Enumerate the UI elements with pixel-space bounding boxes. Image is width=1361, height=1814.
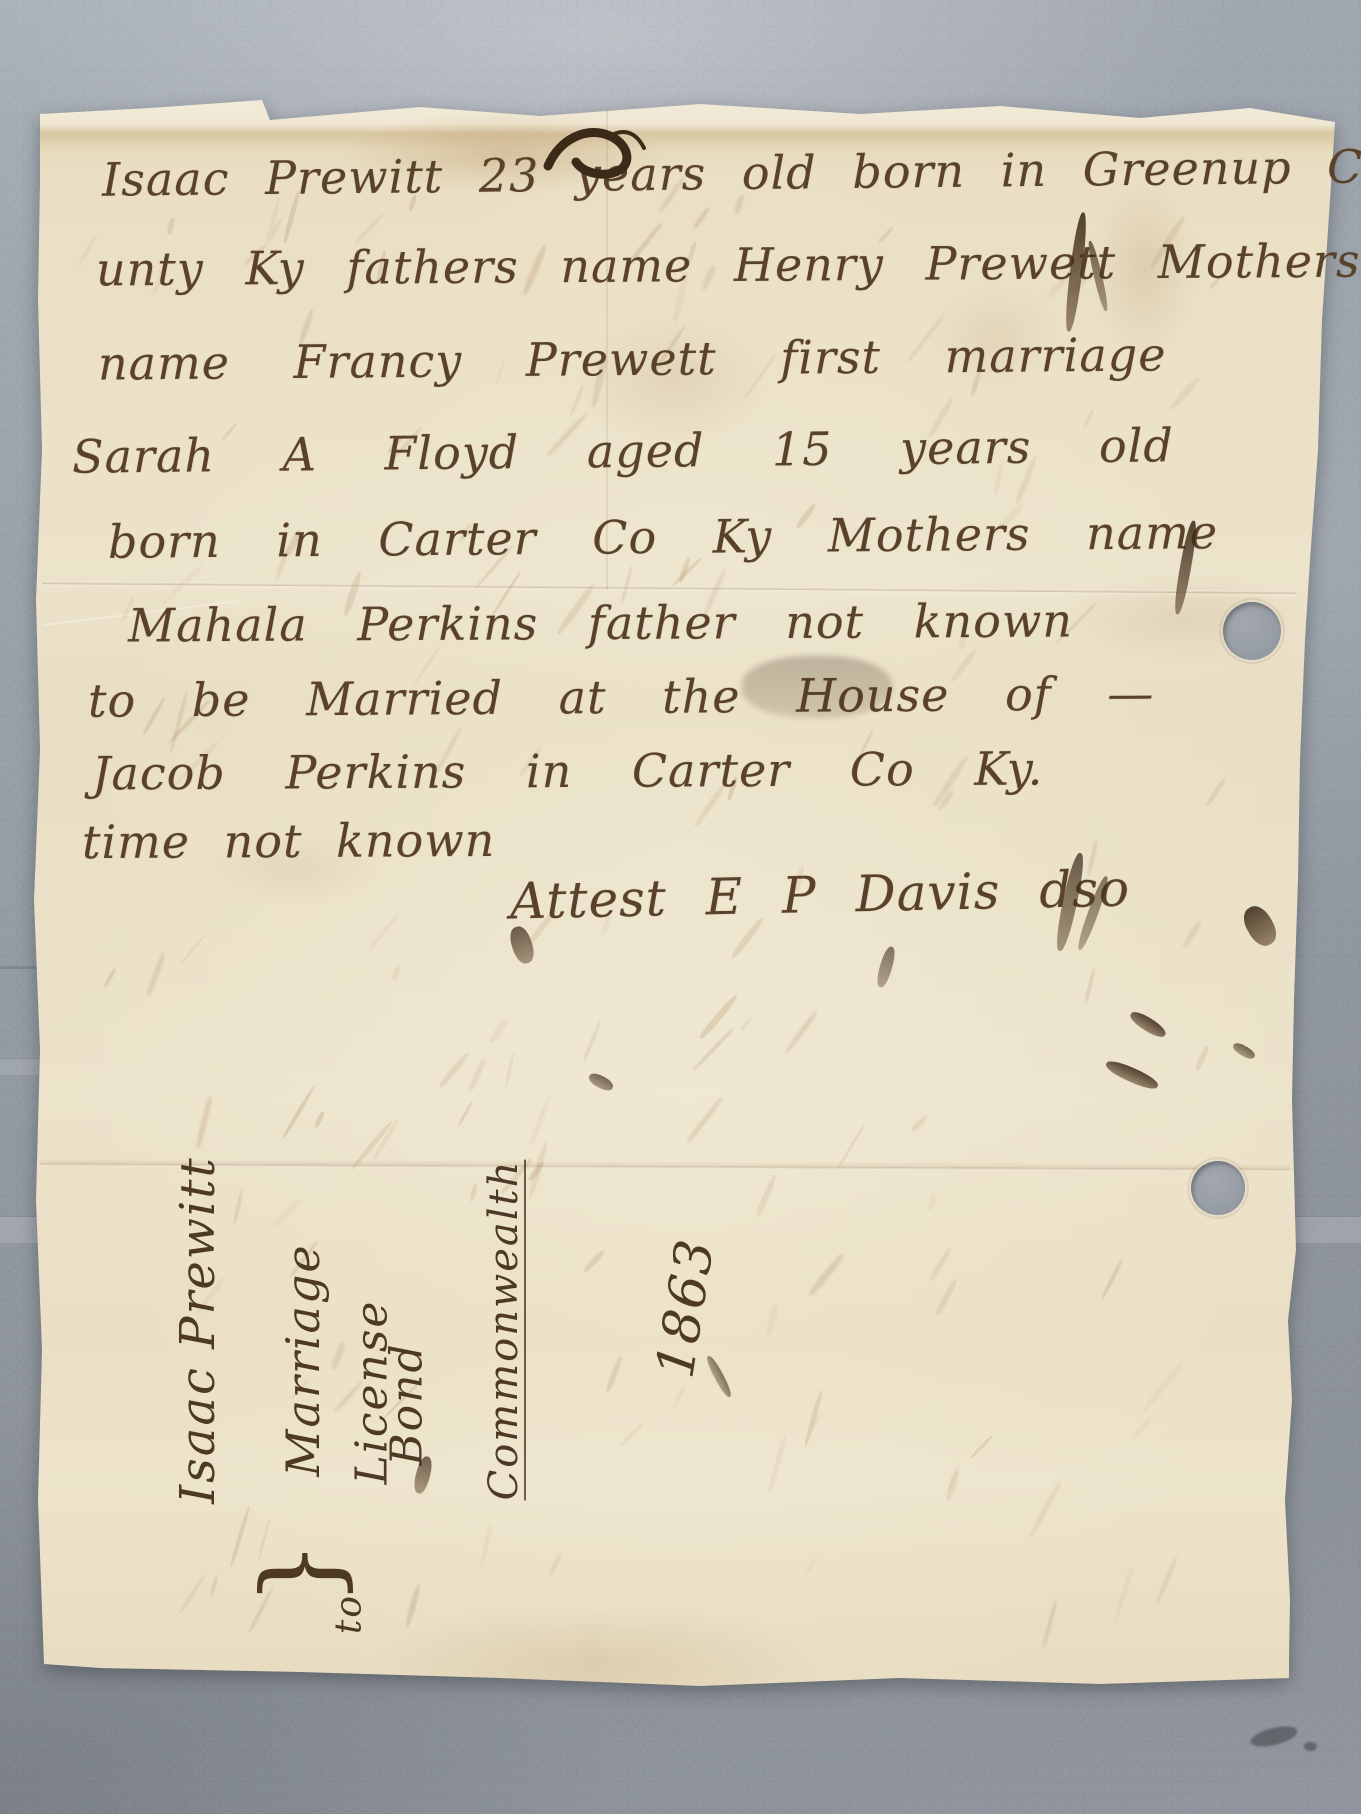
handwritten-line-4: Sarah A Floyd aged 15 years old [72,418,1174,484]
handwritten-line-8: Jacob Perkins in Carter Co Ky. [92,742,1044,801]
handwritten-line-3: name Francy Prewett first marriage [98,327,1167,390]
handwritten-line-2: unty Ky fathers name Henry Prewett Mothe… [96,234,1361,297]
docket-subject-bond: Bond [382,1342,433,1465]
scuff-mark-small [1304,1742,1317,1751]
docket-authority: Commonwealth [481,1160,527,1501]
handwritten-line-7: to be Married at the House of — [88,666,1155,727]
docket-connector: to [329,1594,370,1634]
handwritten-line-9: time not known [82,813,496,869]
handwritten-line-5: born in Carter Co Ky Mothers name [108,505,1218,569]
docket-subject-marriage: Marriage [276,1243,330,1476]
punch-hole-top [1223,602,1281,660]
photograph-of-document: Isaac Prewitt 23 years old born in Green… [0,0,1361,1814]
punch-hole-bottom [1191,1161,1245,1215]
handwritten-line-6: Mahala Perkins father not known [128,594,1073,653]
docket-party-name: Isaac Prewitt [170,1156,226,1504]
